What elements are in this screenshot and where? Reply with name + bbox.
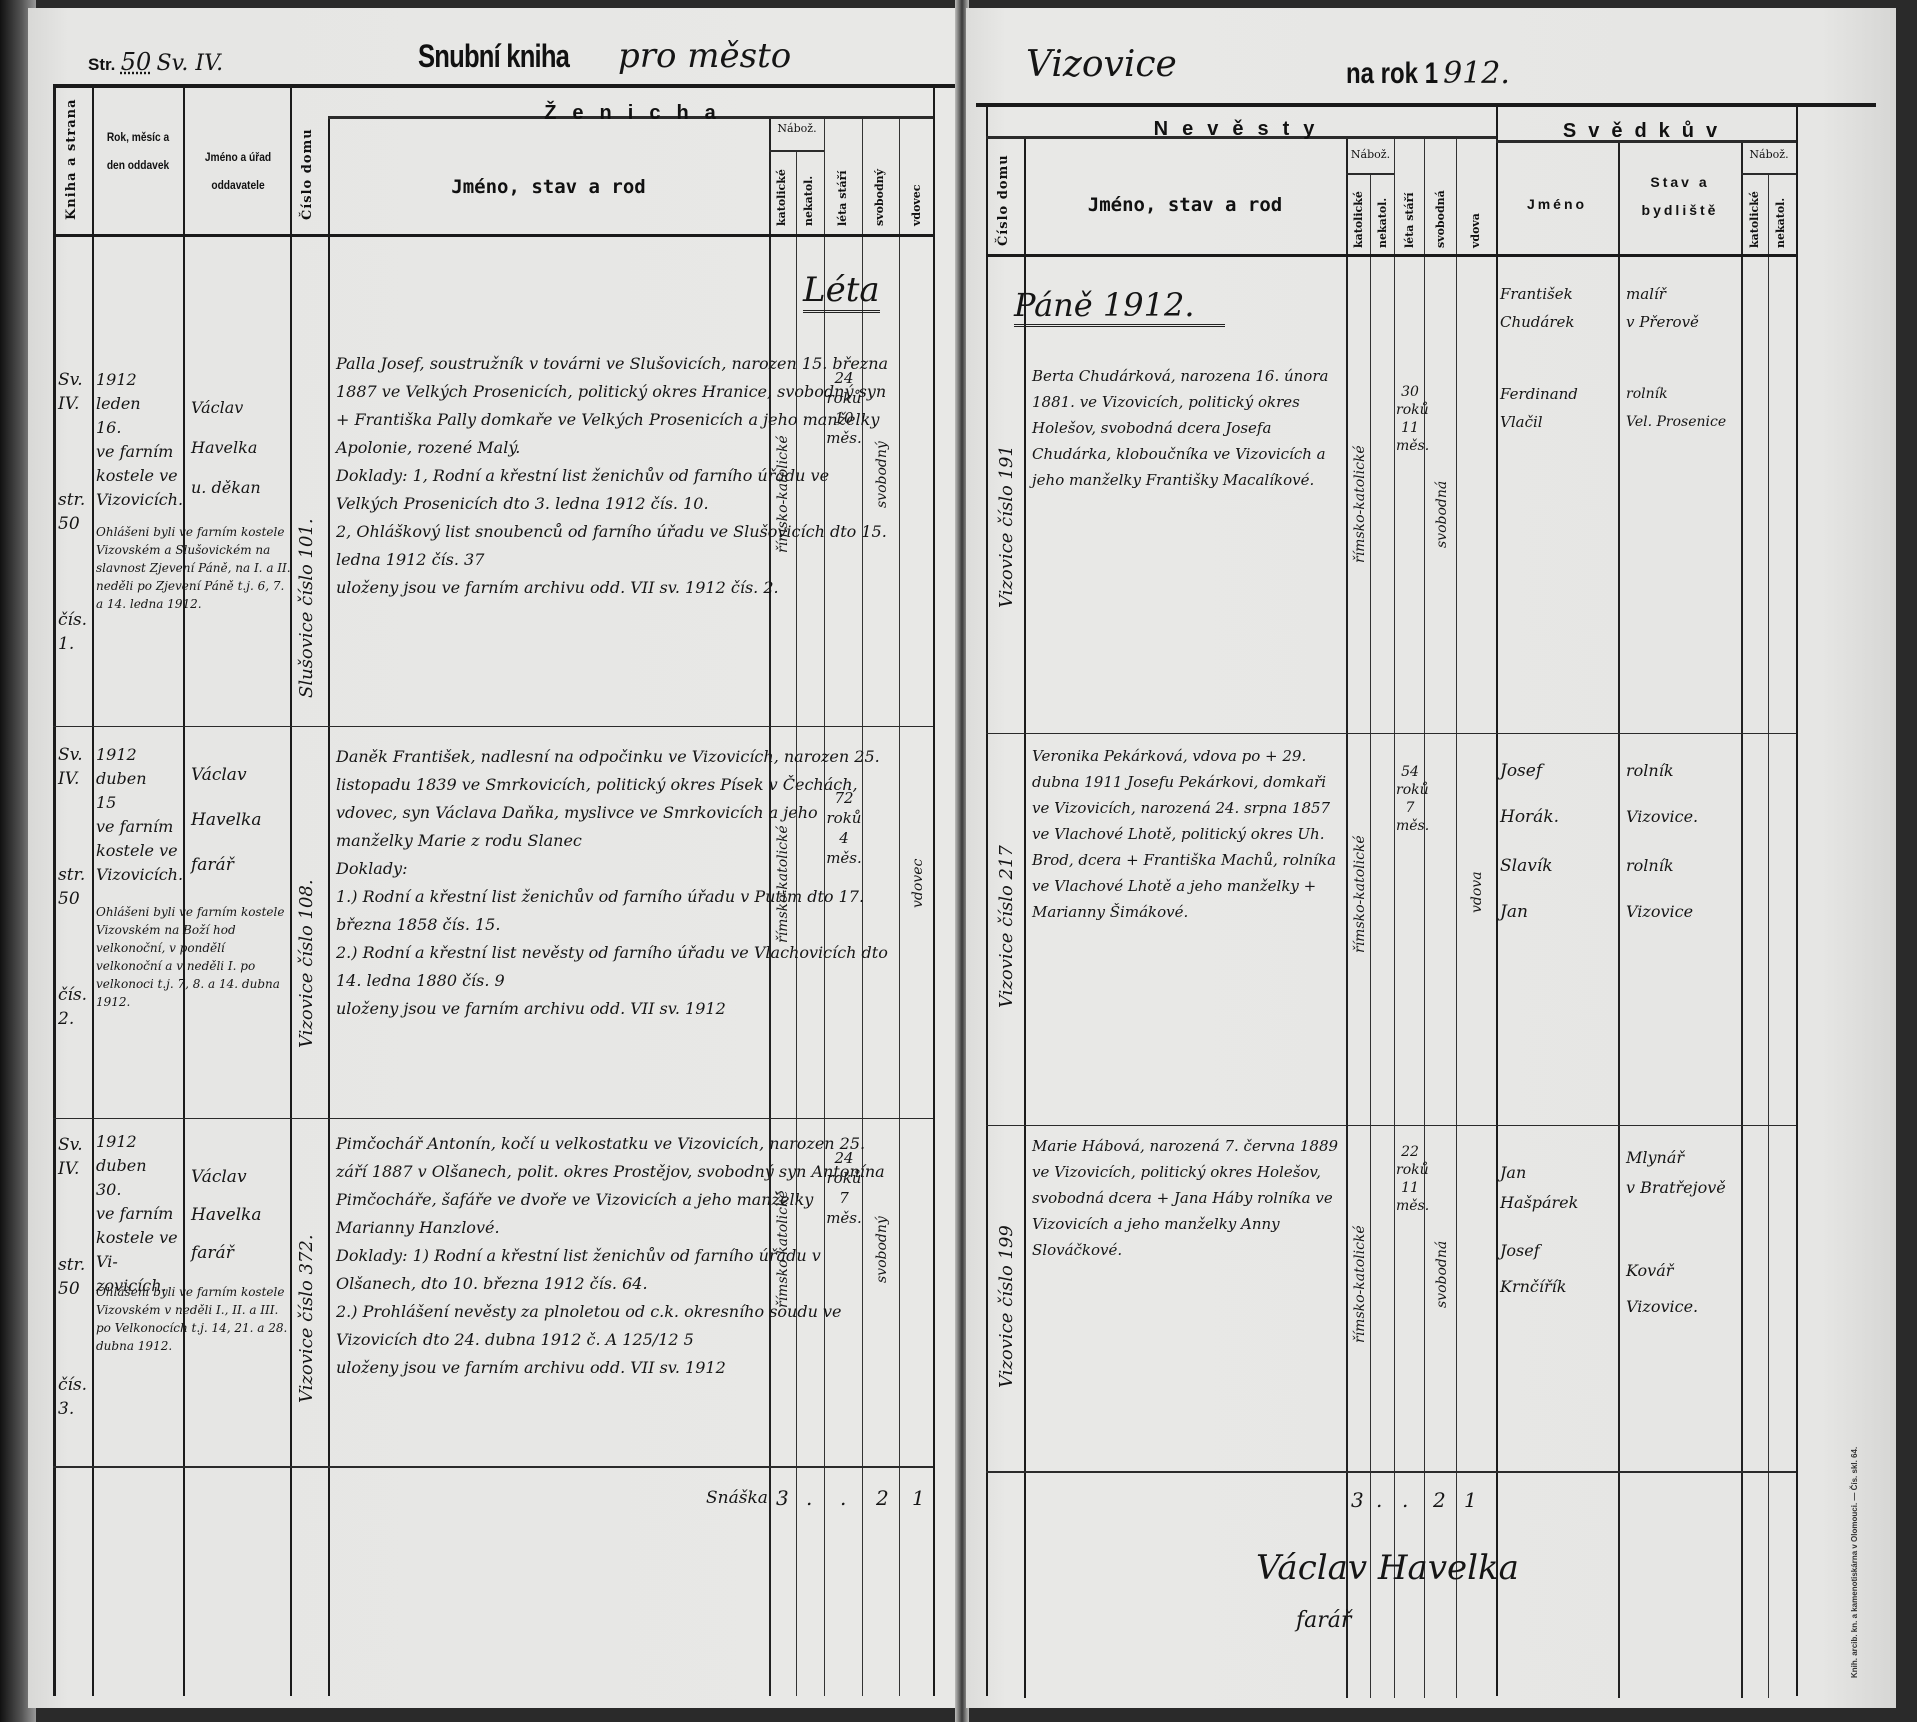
register-title: Snubní kniha xyxy=(418,38,569,75)
col-divider xyxy=(290,86,292,1696)
col-divider xyxy=(1370,173,1371,1698)
col-divider xyxy=(1024,138,1026,1698)
col-divider xyxy=(986,106,988,1696)
witness-2-name: Josef Krnčířík xyxy=(1500,1233,1618,1305)
witness-2-status: rolník Vel. Prosenice xyxy=(1626,380,1744,436)
bride-details: Veronika Pekárková, vdova po + 29. dubna… xyxy=(1032,743,1342,925)
groom-house-number: Slušovice číslo 101. xyxy=(296,518,317,698)
year-banner-right: Páně 1912. xyxy=(1014,286,1225,327)
bride-house-number: Vizovice číslo 217 xyxy=(996,845,1017,1008)
groom-widower: vdovec xyxy=(910,859,926,908)
entry-date: 1912 duben 30. ve farním kostele ve Vi- … xyxy=(96,1130,188,1298)
register-title-handwritten: pro město xyxy=(618,36,791,76)
row-divider xyxy=(986,733,1796,734)
frame-left xyxy=(53,86,56,1696)
groom-details: Pimčochář Antonín, kočí u velkostatku ve… xyxy=(336,1130,896,1382)
rule-top xyxy=(976,103,1876,107)
witness-1-status: Mlynář v Bratřejově xyxy=(1626,1143,1741,1203)
header-witness-section: Svědkův xyxy=(1496,120,1796,143)
entry-banns: Ohlášeni byli ve farním kostele Vizovské… xyxy=(96,523,291,613)
header-book-page: Kniha a strana xyxy=(64,98,79,220)
entry-officiant: Václav Havelka farář xyxy=(191,753,286,888)
rule-top xyxy=(53,84,963,88)
row-divider xyxy=(986,1125,1796,1126)
witness-2-status: rolník Vizovice xyxy=(1626,843,1744,935)
row-divider xyxy=(53,726,933,727)
totals-label: Snáška xyxy=(706,1488,768,1508)
header-widower: vdovec xyxy=(910,184,923,226)
groom-religion: římsko-katolické xyxy=(775,435,791,553)
col-divider xyxy=(1496,106,1498,1696)
groom-details: Palla Josef, soustružník v továrni ve Sl… xyxy=(336,350,896,602)
witness-1-name: František Chudárek xyxy=(1500,280,1618,336)
col-divider xyxy=(1768,173,1769,1698)
bride-details: Berta Chudárková, narozena 16. února 188… xyxy=(1032,363,1342,493)
header-widow: vdova xyxy=(1469,213,1482,248)
total-bride-age: . xyxy=(1402,1488,1408,1512)
witness-2-name: Slavík Jan xyxy=(1500,843,1618,935)
header-age: léta stáří xyxy=(836,170,849,226)
header-witness-catholic: katolické xyxy=(1748,191,1761,248)
bride-details: Marie Hábová, narozená 7. června 1889 ve… xyxy=(1032,1133,1342,1263)
col-divider xyxy=(899,116,900,1696)
header-catholic: katolické xyxy=(1352,191,1365,248)
town-name: Vizovice xyxy=(1026,44,1177,85)
bride-single: svobodná xyxy=(1434,481,1450,548)
header-single: svobodná xyxy=(1434,190,1447,248)
bride-widow: vdova xyxy=(1469,871,1485,913)
bride-single: svobodná xyxy=(1434,1241,1450,1308)
officiant-signature: Václav Havelka xyxy=(1256,1548,1519,1588)
entry-book-page: Sv. IV. str. 50 čís. 3. xyxy=(58,1133,94,1421)
entry-officiant: Václav Havelka u. děkan xyxy=(191,388,286,508)
witness-1-name: Josef Horák. xyxy=(1500,748,1618,840)
total-groom-single: 2 xyxy=(876,1486,889,1510)
total-bride-single: 2 xyxy=(1433,1488,1446,1512)
col-divider xyxy=(1456,138,1457,1698)
header-religion: Nábož. xyxy=(770,122,824,135)
col-divider xyxy=(183,86,185,1696)
col-divider xyxy=(1346,138,1348,1698)
header-house-no: Číslo domu xyxy=(996,154,1011,246)
row-divider xyxy=(53,1118,933,1119)
entry-date: 1912 duben 15 ve farním kostele ve Vizov… xyxy=(96,743,186,887)
col-divider xyxy=(933,86,935,1696)
groom-age: 72 roků 4 měs. xyxy=(826,788,862,868)
page-number: Str. 50 Sv. IV. xyxy=(88,48,223,76)
entry-book-page: Sv. IV. str. 50 čís. 2. xyxy=(58,743,94,1031)
entry-banns: Ohlášeni byli ve farním kostele Vizovské… xyxy=(96,903,291,1011)
header-date: Rok, měsíc a den oddavek xyxy=(104,123,172,179)
officiant-title: farář xyxy=(1296,1608,1351,1633)
header-witness-name: Jméno xyxy=(1496,196,1618,212)
rule xyxy=(1346,173,1394,175)
header-bride-section: Nevěsty xyxy=(986,118,1496,141)
left-page: Str. 50 Sv. IV. Snubní kniha pro město K… xyxy=(28,8,963,1708)
rule-header-bottom xyxy=(986,254,1796,257)
col-divider xyxy=(1394,138,1395,1698)
groom-religion: římsko-katolické xyxy=(775,1190,791,1308)
bride-religion: římsko-katolické xyxy=(1352,1225,1368,1343)
printer-imprint: Knih. arcib. kn. a kamenotiskárna v Olom… xyxy=(1850,1447,1859,1678)
bride-house-number: Vizovice číslo 199 xyxy=(996,1225,1017,1388)
entry-book-page: Sv. IV. str. 50 čís. 1. xyxy=(58,368,94,656)
header-catholic: katolické xyxy=(775,169,788,226)
total-bride-noncatholic: . xyxy=(1376,1488,1382,1512)
header-witness-noncatholic: nekatol. xyxy=(1774,198,1787,248)
bride-religion: římsko-katolické xyxy=(1352,445,1368,563)
groom-details: Daněk František, nadlesní na odpočinku v… xyxy=(336,743,896,1023)
col-divider xyxy=(1424,138,1425,1698)
year-heading: na rok 1912. xyxy=(1346,56,1510,91)
header-witness-religion: Nábož. xyxy=(1742,148,1796,161)
witness-1-name: Jan Hašpárek xyxy=(1500,1158,1618,1218)
header-single: svobodný xyxy=(873,169,886,226)
header-name-status: Jméno, stav a rod xyxy=(1024,194,1346,216)
rule-header-bottom xyxy=(53,234,933,237)
right-page: Vizovice na rok 1912. Nevěsty Svědkův Čí… xyxy=(966,8,1896,1708)
witness-1-status: malíř v Přerově xyxy=(1626,280,1741,336)
header-name-status: Jméno, stav a rod xyxy=(328,176,769,198)
header-officiant: Jméno a úřad oddavatele xyxy=(196,143,281,199)
bride-age: 22 roků 11 měs. xyxy=(1396,1143,1424,1215)
witness-1-status: rolník Vizovice. xyxy=(1626,748,1741,840)
header-house-no: Číslo domu xyxy=(300,128,315,220)
row-divider xyxy=(986,1471,1796,1473)
total-groom-age: . xyxy=(840,1486,846,1510)
header-noncatholic: nekatol. xyxy=(802,176,815,226)
groom-single: svobodný xyxy=(874,1216,890,1283)
total-groom-widower: 1 xyxy=(912,1486,925,1510)
entry-officiant: Václav Havelka farář xyxy=(191,1158,286,1272)
col-divider xyxy=(1796,106,1798,1696)
row-divider xyxy=(53,1466,933,1468)
header-witness-status: Stav a bydliště xyxy=(1622,168,1738,224)
total-bride-widow: 1 xyxy=(1464,1488,1477,1512)
bride-religion: římsko-katolické xyxy=(1352,835,1368,953)
entry-date: 1912 leden 16. ve farním kostele ve Vizo… xyxy=(96,368,186,512)
col-divider xyxy=(1618,142,1620,1698)
groom-age: 24 roků 10 měs. xyxy=(826,368,862,448)
bride-house-number: Vizovice číslo 191 xyxy=(996,445,1017,608)
groom-age: 24 roků 7 měs. xyxy=(826,1148,862,1228)
groom-religion: římsko-katolické xyxy=(775,825,791,943)
rule xyxy=(1741,173,1796,175)
bride-age: 30 roků 11 měs. xyxy=(1396,383,1424,455)
bride-age: 54 roků 7 měs. xyxy=(1396,763,1424,835)
witness-2-status: Kovář Vizovice. xyxy=(1626,1253,1744,1325)
witness-2-name: Ferdinand Vlačil xyxy=(1500,380,1618,436)
groom-house-number: Vizovice číslo 372. xyxy=(296,1234,317,1403)
year-banner-left: Léta xyxy=(803,270,880,313)
total-groom-catholic: 3 xyxy=(776,1486,789,1510)
groom-house-number: Vizovice číslo 108. xyxy=(296,879,317,1048)
header-noncatholic: nekatol. xyxy=(1376,198,1389,248)
col-divider xyxy=(328,116,330,1696)
header-religion: Nábož. xyxy=(1347,148,1394,161)
total-bride-catholic: 3 xyxy=(1351,1488,1364,1512)
entry-banns: Ohlášeni byli ve farním kostele Vizovské… xyxy=(96,1283,291,1355)
groom-single: svobodný xyxy=(874,441,890,508)
header-groom-section: Ženicha xyxy=(358,102,918,125)
header-age: léta stáří xyxy=(1403,192,1416,248)
rule xyxy=(769,150,824,152)
total-groom-noncatholic: . xyxy=(806,1486,812,1510)
